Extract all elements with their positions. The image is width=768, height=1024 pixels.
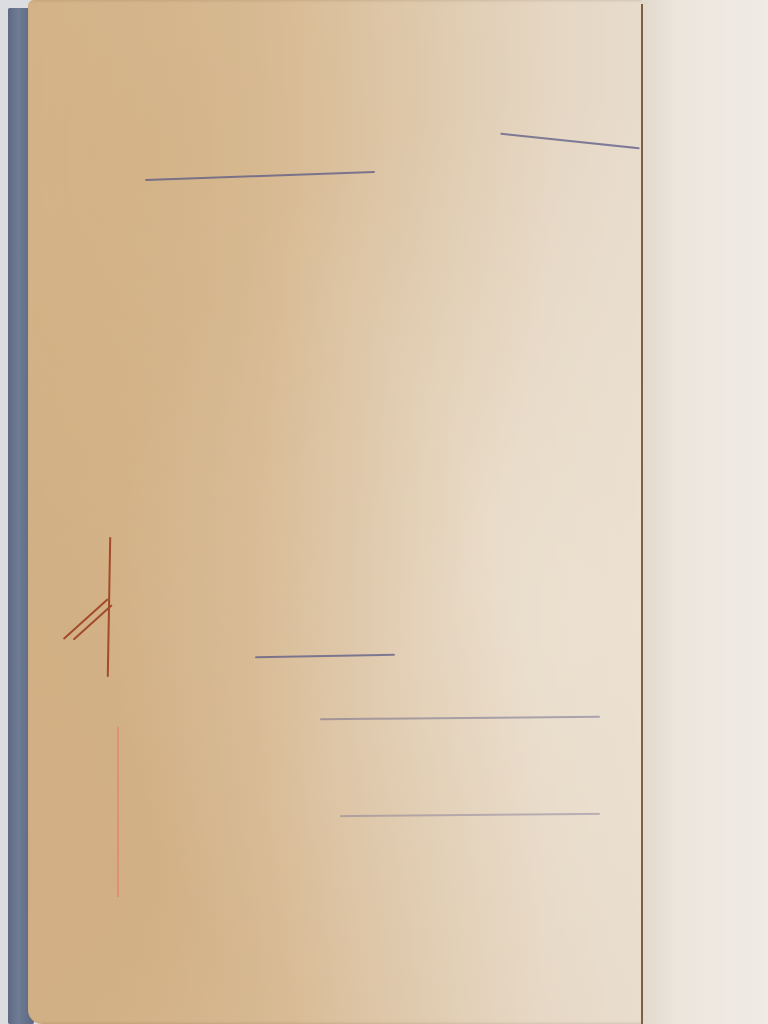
page-fold xyxy=(641,4,643,1024)
facing-page xyxy=(641,0,768,1024)
manuscript-page xyxy=(28,0,668,1024)
red-margin-rule xyxy=(117,727,119,897)
document-photo xyxy=(0,0,768,1024)
